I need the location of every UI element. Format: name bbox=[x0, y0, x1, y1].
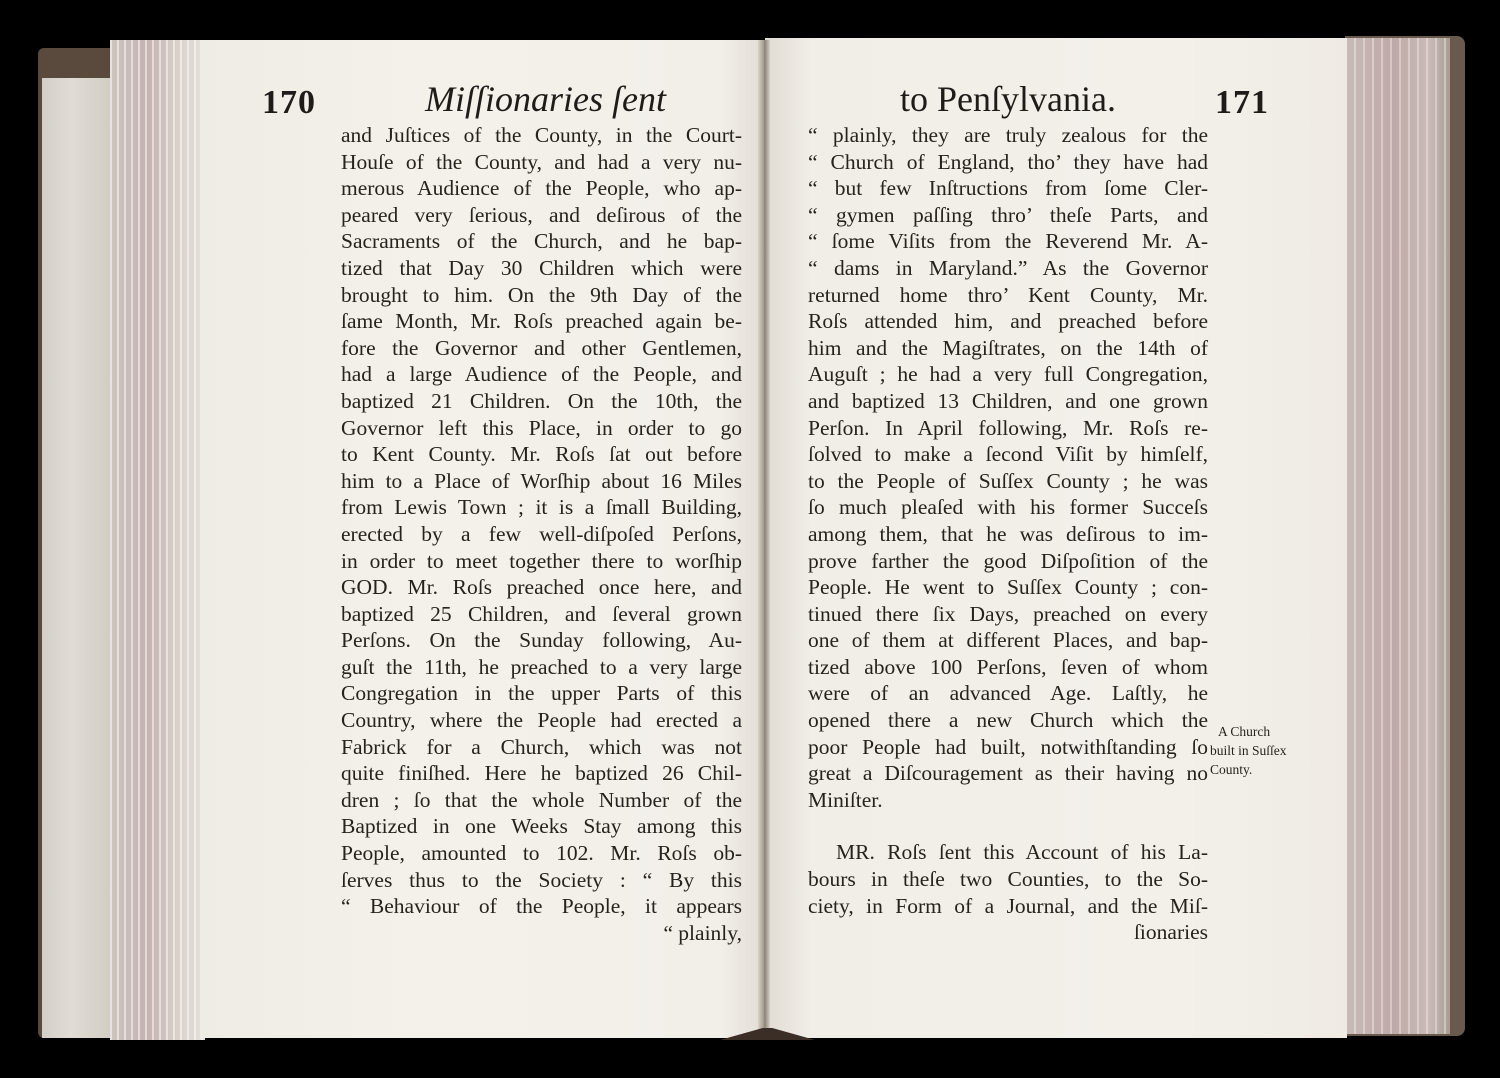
text-line: Miniſter. bbox=[808, 787, 1208, 814]
left-running-head: Miſſionaries ſent bbox=[425, 78, 666, 120]
text-line: were of an advanced Age. Laſtly, he bbox=[808, 680, 1208, 707]
text-line: People. He went to Suſſex County ; con- bbox=[808, 574, 1208, 601]
text-line: ciety, in Form of a Journal, and the Miſ… bbox=[808, 893, 1208, 920]
text-line: returned home thro’ Kent County, Mr. bbox=[808, 282, 1208, 309]
text-line: among them, that he was deſirous to im- bbox=[808, 521, 1208, 548]
text-line: fore the Governor and other Gentlemen, bbox=[341, 335, 742, 362]
text-line: GOD. Mr. Roſs preached once here, and bbox=[341, 574, 742, 601]
text-line: Baptized in one Weeks Stay among this bbox=[341, 813, 742, 840]
text-line: tized that Day 30 Children which were bbox=[341, 255, 742, 282]
text-line: dren ; ſo that the whole Number of the bbox=[341, 787, 742, 814]
open-book: 170 Miſſionaries ſent to Penſylvania. 17… bbox=[0, 0, 1500, 1078]
catchword: “ plainly, bbox=[341, 920, 742, 947]
text-line: Auguſt ; he had a very full Congregation… bbox=[808, 361, 1208, 388]
text-line: one of them at different Places, and bap… bbox=[808, 627, 1208, 654]
text-line: opened there a new Church which the bbox=[808, 707, 1208, 734]
text-line: Governor left this Place, in order to go bbox=[341, 415, 742, 442]
margin-note-line: built in Suſſex bbox=[1210, 741, 1300, 760]
text-line: bours in theſe two Counties, to the So- bbox=[808, 866, 1208, 893]
text-line: great a Diſcouragement as their having n… bbox=[808, 760, 1208, 787]
text-line: tinued there ſix Days, preached on every bbox=[808, 601, 1208, 628]
text-line: peared very ſerious, and deſirous of the bbox=[341, 202, 742, 229]
text-line: Congregation in the upper Parts of this bbox=[341, 680, 742, 707]
text-line: to Kent County. Mr. Roſs ſat out before bbox=[341, 441, 742, 468]
right-page-edges bbox=[1345, 38, 1450, 1034]
text-line: him and the Magiſtrates, on the 14th of bbox=[808, 335, 1208, 362]
margin-note-line: County. bbox=[1210, 760, 1300, 779]
text-line: ſame Month, Mr. Roſs preached again be- bbox=[341, 308, 742, 335]
text-line: “ Church of England, tho’ they have had bbox=[808, 149, 1208, 176]
text-line: MR. Roſs ſent this Account of his La- bbox=[808, 839, 1208, 866]
text-line: quite finiſhed. Here he baptized 26 Chil… bbox=[341, 760, 742, 787]
text-line: erected by a few well-diſpoſed Perſons, bbox=[341, 521, 742, 548]
text-line: him to a Place of Worſhip about 16 Miles bbox=[341, 468, 742, 495]
text-line: brought to him. On the 9th Day of the bbox=[341, 282, 742, 309]
text-line: Perſons. On the Sunday following, Au- bbox=[341, 627, 742, 654]
text-line: “ ſome Viſits from the Reverend Mr. A- bbox=[808, 228, 1208, 255]
text-line: Houſe of the County, and had a very nu- bbox=[341, 149, 742, 176]
left-flyleaf bbox=[42, 78, 114, 1038]
text-line: from Lewis Town ; it is a ſmall Building… bbox=[341, 494, 742, 521]
text-line: ſerves thus to the Society : “ By this bbox=[341, 867, 742, 894]
text-line: and Juſtices of the County, in the Court… bbox=[341, 122, 742, 149]
text-line: to the People of Suſſex County ; he was bbox=[808, 468, 1208, 495]
text-line: “ Behaviour of the People, it appears bbox=[341, 893, 742, 920]
text-line: guſt the 11th, he preached to a very lar… bbox=[341, 654, 742, 681]
text-line: prove farther the good Diſpoſition of th… bbox=[808, 548, 1208, 575]
text-line: had a large Audience of the People, and bbox=[341, 361, 742, 388]
left-page-edges bbox=[110, 40, 205, 1040]
text-line: People, amounted to 102. Mr. Roſs ob- bbox=[341, 840, 742, 867]
text-line: in order to meet together there to worſh… bbox=[341, 548, 742, 575]
text-line: ſo much pleaſed with his former Succeſs bbox=[808, 494, 1208, 521]
text-line: “ gymen paſſing thro’ theſe Parts, and bbox=[808, 202, 1208, 229]
text-line: “ but few Inſtructions from ſome Cler- bbox=[808, 175, 1208, 202]
text-line: poor People had built, notwithſtanding ſ… bbox=[808, 734, 1208, 761]
text-line: “ plainly, they are truly zealous for th… bbox=[808, 122, 1208, 149]
right-running-head: to Penſylvania. bbox=[900, 78, 1116, 120]
text-line: Sacraments of the Church, and he bap- bbox=[341, 228, 742, 255]
right-page-body: “ plainly, they are truly zealous for th… bbox=[808, 122, 1208, 946]
text-line: Roſs attended him, and preached before bbox=[808, 308, 1208, 335]
text-line: Country, where the People had erected a bbox=[341, 707, 742, 734]
text-line: merous Audience of the People, who ap- bbox=[341, 175, 742, 202]
book-gutter bbox=[758, 40, 770, 1040]
margin-note-line: A Church bbox=[1210, 722, 1300, 741]
text-line: tized above 100 Perſons, ſeven of whom bbox=[808, 654, 1208, 681]
text-line: and baptized 13 Children, and one grown bbox=[808, 388, 1208, 415]
text-line: Fabrick for a Church, which was not bbox=[341, 734, 742, 761]
text-line: “ dams in Maryland.” As the Governor bbox=[808, 255, 1208, 282]
right-page-number: 171 bbox=[1215, 84, 1269, 122]
text-line: ſolved to make a ſecond Viſit by himſelf… bbox=[808, 441, 1208, 468]
text-line: Perſon. In April following, Mr. Roſs re- bbox=[808, 415, 1208, 442]
left-page-body: and Juſtices of the County, in the Court… bbox=[341, 122, 742, 946]
margin-note: A Church built in Suſſex County. bbox=[1210, 722, 1300, 779]
left-page-number: 170 bbox=[262, 84, 316, 122]
text-line: baptized 25 Children, and ſeveral grown bbox=[341, 601, 742, 628]
catchword: ſionaries bbox=[808, 919, 1208, 946]
text-line: baptized 21 Children. On the 10th, the bbox=[341, 388, 742, 415]
